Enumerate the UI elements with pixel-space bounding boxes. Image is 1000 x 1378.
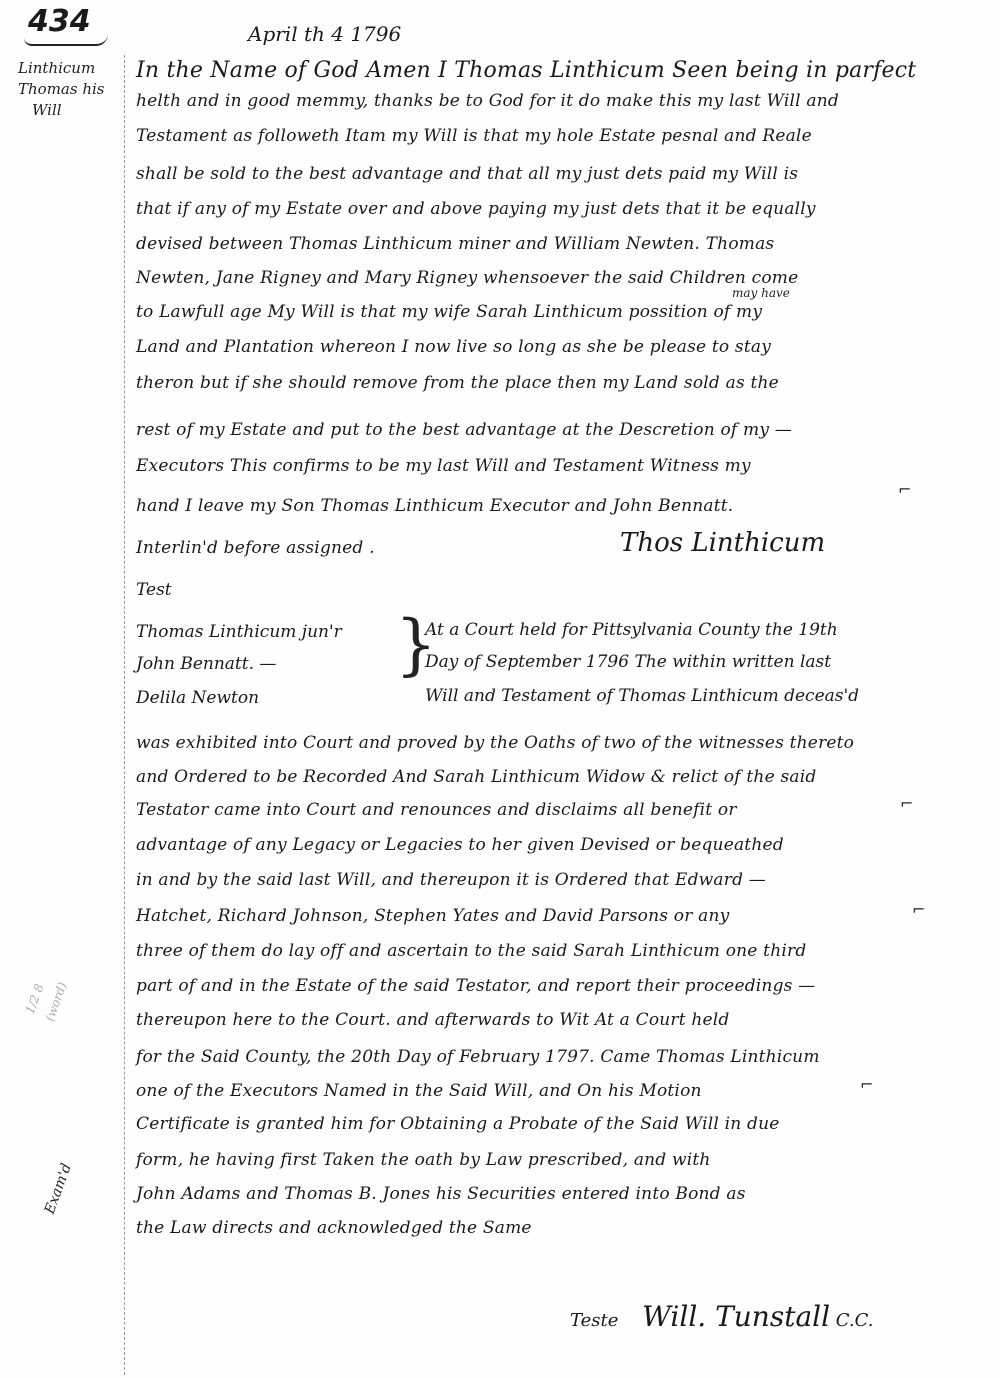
probate-line: thereupon here to the Court. and afterwa… bbox=[136, 1010, 730, 1030]
will-line: Newten, Jane Rigney and Mary Rigney when… bbox=[136, 268, 798, 288]
will-line: helth and in good memmy, thanks be to Go… bbox=[136, 91, 839, 111]
will-date: April th 4 1796 bbox=[248, 22, 401, 46]
will-line: shall be sold to the best advantage and … bbox=[136, 164, 798, 184]
line-end-hook: ⌐ bbox=[900, 794, 913, 813]
page-number-flourish bbox=[24, 34, 108, 46]
will-line: rest of my Estate and put to the best ad… bbox=[136, 420, 792, 440]
probate-line: Certificate is granted him for Obtaining… bbox=[136, 1114, 780, 1134]
will-line: Testament as followeth Itam my Will is t… bbox=[136, 126, 812, 146]
will-line: devised between Thomas Linthicum miner a… bbox=[136, 234, 774, 254]
line-end-hook: ⌐ bbox=[898, 480, 911, 499]
margin-rule bbox=[124, 55, 125, 1375]
margin-faint-note: 1/2 8 (word) bbox=[20, 935, 87, 1025]
margin-title-line: Linthicum bbox=[18, 58, 128, 79]
margin-title-line: Will bbox=[18, 100, 128, 121]
line-end-hook: ⌐ bbox=[860, 1075, 873, 1094]
will-line: that if any of my Estate over and above … bbox=[136, 199, 816, 219]
court-entry-line: Day of September 1796 The within written… bbox=[425, 652, 831, 672]
witness-name: John Bennatt. — bbox=[136, 654, 276, 674]
probate-line: was exhibited into Court and proved by t… bbox=[136, 733, 854, 753]
clerk-attestation: Teste Will. Tunstall C.C. bbox=[570, 1300, 874, 1333]
will-line: theron but if she should remove from the… bbox=[136, 373, 779, 393]
witness-name: Delila Newton bbox=[136, 688, 259, 708]
probate-line: Testator came into Court and renounces a… bbox=[136, 800, 737, 820]
margin-title: Linthicum Thomas his Will bbox=[18, 58, 128, 121]
probate-line: Hatchet, Richard Johnson, Stephen Yates … bbox=[136, 906, 729, 926]
probate-line: John Adams and Thomas B. Jones his Secur… bbox=[136, 1184, 746, 1204]
will-line: hand I leave my Son Thomas Linthicum Exe… bbox=[136, 496, 733, 516]
test-label: Test bbox=[136, 580, 172, 600]
will-line: to Lawfull age My Will is that my wife S… bbox=[136, 302, 762, 322]
probate-line: one of the Executors Named in the Said W… bbox=[136, 1081, 702, 1101]
probate-line: the Law directs and acknowledged the Sam… bbox=[136, 1218, 532, 1238]
clerk-signature: Will. Tunstall bbox=[642, 1300, 830, 1333]
will-line: In the Name of God Amen I Thomas Linthic… bbox=[136, 58, 916, 83]
probate-line: in and by the said last Will, and thereu… bbox=[136, 870, 766, 890]
will-line: Executors This confirms to be my last Wi… bbox=[136, 456, 751, 476]
probate-line: and Ordered to be Recorded And Sarah Lin… bbox=[136, 767, 816, 787]
margin-exam-note: Exam'd bbox=[40, 1107, 97, 1218]
probate-line: part of and in the Estate of the said Te… bbox=[136, 976, 815, 996]
will-record-page: 434 Linthicum Thomas his Will 1/2 8 (wor… bbox=[0, 0, 1000, 1378]
line-end-hook: ⌐ bbox=[912, 900, 925, 919]
interlineation: may have bbox=[732, 286, 790, 300]
interlined-note: Interlin'd before assigned . bbox=[136, 538, 375, 558]
testator-signature: Thos Linthicum bbox=[620, 528, 825, 558]
clerk-teste: Teste bbox=[570, 1310, 618, 1331]
will-line: Land and Plantation whereon I now live s… bbox=[136, 337, 771, 357]
witness-name: Thomas Linthicum jun'r bbox=[136, 622, 342, 642]
probate-line: form, he having first Taken the oath by … bbox=[136, 1150, 711, 1170]
court-entry-line: At a Court held for Pittsylvania County … bbox=[425, 620, 838, 640]
probate-line: three of them do lay off and ascertain t… bbox=[136, 941, 806, 961]
probate-line: for the Said County, the 20th Day of Feb… bbox=[136, 1047, 820, 1067]
margin-title-line: Thomas his bbox=[18, 79, 128, 100]
clerk-title: C.C. bbox=[836, 1310, 874, 1331]
probate-line: advantage of any Legacy or Legacies to h… bbox=[136, 835, 784, 855]
court-entry-line: Will and Testament of Thomas Linthicum d… bbox=[425, 686, 859, 706]
